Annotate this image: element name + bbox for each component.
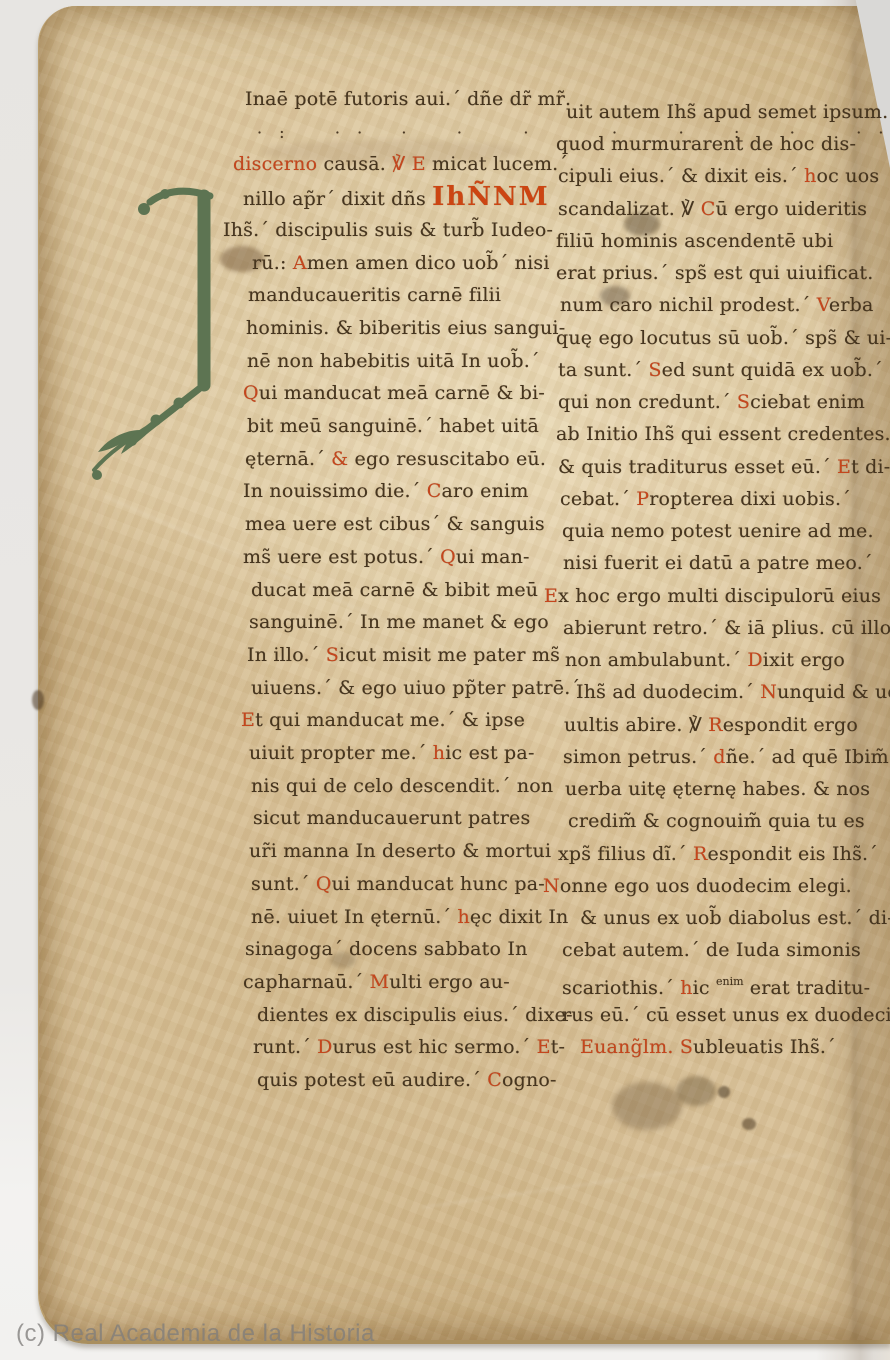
body-text: xps̃ filius dĩ.´ xyxy=(558,843,693,865)
body-text: t di- xyxy=(851,456,890,478)
body-text: erat traditu- xyxy=(744,977,871,999)
body-text: aro enim xyxy=(441,480,528,502)
rubric-text: d xyxy=(713,746,725,768)
manuscript-line: sunt.´ Qui manducat hunc pa- xyxy=(251,871,545,897)
body-text: nē. uiuet In ęternū.´ xyxy=(251,906,457,928)
body-text: In illo.´ xyxy=(247,644,326,666)
rubric-text: Q xyxy=(440,546,456,568)
rubric-text: E xyxy=(837,456,851,478)
body-text: ū ergo uideritis xyxy=(715,198,867,220)
body-text: mea uere est cibus´ & sanguis xyxy=(245,513,545,535)
body-text: ciebat enim xyxy=(750,391,865,413)
rubric-text: E xyxy=(537,1036,551,1058)
manuscript-line: nisi fuerit ei datū a patre meo.´ xyxy=(563,550,873,576)
body-text: quis potest eū audire.´ xyxy=(257,1069,487,1091)
manuscript-line: ab Initio Ihs̃ qui essent credentes.´ xyxy=(556,421,890,447)
rubric-text: C xyxy=(427,480,442,502)
body-text: & quis traditurus esset eū.´ xyxy=(558,456,837,478)
rubric-text: Q xyxy=(316,873,332,895)
body-text: cipuli eius.´ & dixit eis.´ xyxy=(558,165,804,187)
manuscript-line: uerba uitę ęternę habes. & nos xyxy=(565,776,870,802)
manuscript-line: nē non habebitis uitā In uob̃.´ xyxy=(247,348,540,374)
manuscript-line: ducat meā carnē & bibit meū xyxy=(251,577,538,603)
manuscript-line: uiuit propter me.´ hic est pa- xyxy=(249,740,535,766)
rubric-text: N xyxy=(760,681,777,703)
manuscript-line: non ambulabunt.´ Dixit ergo xyxy=(565,647,845,673)
rubric-text: R xyxy=(708,714,723,736)
manuscript-line: scandalizat. ℣ Cū ergo uideritis xyxy=(558,196,867,222)
body-text: ui manducat meā carnē & bi- xyxy=(259,382,545,404)
body-text: x hoc ergo multi discipulorū eius xyxy=(558,585,881,607)
manuscript-line: nillo ap̃r´ dixit dñs IhÑNM xyxy=(243,184,550,212)
manuscript-line: quę ego locutus sū uob̃.´ sps̃ & ui- xyxy=(556,325,890,351)
body-text: filiū hominis ascendentē ubi xyxy=(556,230,833,252)
rubric-text: Euang̃lm. xyxy=(580,1036,680,1058)
body-text: uit autem Ihs̃ apud semet ipsum. xyxy=(566,101,888,123)
manuscript-line: Qui manducat meā carnē & bi- xyxy=(243,380,545,406)
body-text: runt.´ xyxy=(253,1036,317,1058)
body-text: ogno- xyxy=(502,1069,557,1091)
manuscript-line: bit meū sanguinē.´ habet uitā xyxy=(247,413,539,439)
rubric-text: P xyxy=(636,488,649,510)
body-text: ixit ergo xyxy=(763,649,845,671)
manuscript-line: uultis abire. ℣ Respondit ergo xyxy=(564,712,858,738)
rubric-text: h xyxy=(457,906,469,928)
text-column-left: Inaē potē futoris aui.´ dñe dr̃ mr̃.· : … xyxy=(243,86,578,1106)
manuscript-line: ur̃i manna In deserto & mortui xyxy=(249,838,551,864)
body-text: sinagoga´ docens sabbato In xyxy=(245,938,528,960)
rubric-text: discerno xyxy=(233,153,323,175)
body-text: cebat autem.´ de Iuda simonis xyxy=(562,939,861,961)
manuscript-line: In nouissimo die.´ Caro enim xyxy=(243,478,529,504)
body-text: quia nemo potest uenire ad me. xyxy=(562,520,874,542)
body-text: non ambulabunt.´ xyxy=(565,649,747,671)
body-text: ed sunt quidā ex uob̃.´ xyxy=(662,359,883,381)
manuscript-line: cebat.´ Propterea dixi uobis.´ xyxy=(560,486,851,512)
copyright-watermark: (c) Real Academia de la Historia xyxy=(16,1320,375,1348)
body-text: ropterea dixi uobis.´ xyxy=(649,488,851,510)
rubric-text: C xyxy=(487,1069,502,1091)
manuscript-line: Ex hoc ergo multi discipulorū eius xyxy=(544,583,881,609)
body-text: espondit eis Ihs̃.´ xyxy=(708,843,879,865)
body-text: quę ego locutus sū uob̃.´ sps̃ & ui- xyxy=(556,327,890,349)
body-text: nis qui de celo descendit.´ non xyxy=(251,775,553,797)
rubric-text: E xyxy=(241,709,255,731)
body-text: micat lucem.´ xyxy=(426,153,568,175)
body-text: uiuit propter me.´ xyxy=(249,742,433,764)
body-text: scariothis.´ xyxy=(562,977,680,999)
manuscript-line: & quis traditurus esset eū.´ Et di- xyxy=(558,454,890,480)
body-text: ui man- xyxy=(456,546,530,568)
body-text: urus est hic sermo.´ xyxy=(333,1036,537,1058)
body-text: ui manducat hunc pa- xyxy=(332,873,545,895)
body-text: ic xyxy=(693,977,716,999)
body-text: ur̃i manna In deserto & mortui xyxy=(249,840,551,862)
manuscript-line: erat prius.´ sps̃ est qui uiuificat. xyxy=(556,260,874,286)
body-text: Ihs̃.´ discipulis suis & turb̃ Iudeo- xyxy=(223,219,553,241)
rubric-text: ℣ xyxy=(392,153,411,175)
body-text: t qui manducat me.´ & ipse xyxy=(255,709,525,731)
body-text: qui non credunt.´ xyxy=(558,391,737,413)
body-text: rū.: xyxy=(252,252,293,274)
manuscript-line: uiuens.´ & ego uiuo pp̃ter patrē.´ xyxy=(251,675,580,701)
manuscript-line: qui non credunt.´ Sciebat enim xyxy=(558,389,865,415)
body-text: nillo ap̃r´ dixit dñs xyxy=(243,188,432,210)
manuscript-line: abierunt retro.´ & iā plius. cū illo xyxy=(563,615,890,641)
body-text: oc uos xyxy=(817,165,880,187)
manuscript-line: credim̃ & cognouim̃ quia tu es xyxy=(568,808,865,834)
manuscript-line: Nonne ego uos duodecim elegi. xyxy=(543,873,852,899)
body-text: sanguinē.´ In me manet & ego xyxy=(249,611,549,633)
rubric-text: E xyxy=(412,153,426,175)
manuscript-line: mea uere est cibus´ & sanguis xyxy=(245,511,545,537)
body-text: sicut manducauerunt patres xyxy=(253,807,530,829)
manuscript-line: nis qui de celo descendit.´ non xyxy=(251,773,553,799)
body-text: ab Initio Ihs̃ qui essent credentes.´ xyxy=(556,423,890,445)
rubric-text: h xyxy=(804,165,816,187)
manuscript-line: ta sunt.´ Sed sunt quidā ex uob̃.´ xyxy=(558,357,883,383)
body-text: ęc dixit In xyxy=(470,906,569,928)
manuscript-line: discerno causā. ℣ E micat lucem.´ xyxy=(233,151,568,177)
manuscript-line: quia nemo potest uenire ad me. xyxy=(562,518,874,544)
body-text: quod murmurarent de hoc dis- xyxy=(556,133,856,155)
manuscript-line: uit autem Ihs̃ apud semet ipsum. xyxy=(566,99,888,125)
rubric-text: E xyxy=(544,585,558,607)
body-text: ta sunt.´ xyxy=(558,359,648,381)
rubric-text: S xyxy=(326,644,339,666)
body-text: men amen dico uob̃´ nisi xyxy=(307,252,550,274)
body-text: In nouissimo die.´ xyxy=(243,480,427,502)
body-text: num caro nichil prodest.´ xyxy=(560,294,817,316)
body-text: erat prius.´ sps̃ est qui uiuificat. xyxy=(556,262,874,284)
body-text: uiuens.´ & ego uiuo pp̃ter patrē.´ xyxy=(251,677,580,699)
body-text: ęternā.´ xyxy=(245,448,331,470)
rubric-text: R xyxy=(693,843,708,865)
body-text: espondit ergo xyxy=(723,714,858,736)
rubric-text: h xyxy=(433,742,445,764)
body-text: capharnaū.´ xyxy=(243,971,370,993)
body-text: abierunt retro.´ & iā plius. cū illo xyxy=(563,617,890,639)
body-text: nisi fuerit ei datū a patre meo.´ xyxy=(563,552,873,574)
initial-I-drawing xyxy=(86,180,236,492)
body-text: Inaē potē futoris aui.´ dñe dr̃ mr̃. xyxy=(245,88,571,110)
rubric-text: h xyxy=(680,977,692,999)
body-text: ms̃ uere est potus.´ xyxy=(243,546,440,568)
body-text: & unus ex uob̃ diabolus est.´ di- xyxy=(580,907,890,929)
manuscript-line: filiū hominis ascendentē ubi xyxy=(556,228,833,254)
body-text: cebat.´ xyxy=(560,488,636,510)
rubric-text: S xyxy=(648,359,661,381)
manuscript-line: Et qui manducat me.´ & ipse xyxy=(241,707,525,733)
manuscript-line: sinagoga´ docens sabbato In xyxy=(245,936,528,962)
body-text: ducat meā carnē & bibit meū xyxy=(251,579,538,601)
body-text: icut misit me pater ms̃ xyxy=(339,644,560,666)
manuscript-line: In illo.´ Sicut misit me pater ms̃ xyxy=(247,642,560,668)
manuscript-photo: Inaē potē futoris aui.´ dñe dr̃ mr̃.· : … xyxy=(0,0,890,1360)
body-text: onne ego uos duodecim elegi. xyxy=(560,875,852,897)
rubric-text: A xyxy=(293,252,307,274)
rubric-text: & xyxy=(331,448,348,470)
body-text: ic est pa- xyxy=(445,742,534,764)
rubric-text: D xyxy=(317,1036,332,1058)
rubric-text: S xyxy=(680,1036,693,1058)
body-text: nē non habebitis uitā In uob̃.´ xyxy=(247,350,540,372)
manuscript-line: simon petrus.´ dñe.´ ad quē Ibim̃.´ xyxy=(563,744,890,770)
body-text: ego resuscitabo eū. xyxy=(348,448,546,470)
rubric-text: Q xyxy=(243,382,259,404)
manuscript-line: & unus ex uob̃ diabolus est.´ di- xyxy=(580,905,890,931)
body-text: credim̃ & cognouim̃ quia tu es xyxy=(568,810,865,832)
rubric-text: N xyxy=(543,875,560,897)
body-text: scandalizat. ℣ xyxy=(558,198,701,220)
body-text: ñe.´ ad quē Ibim̃.´ xyxy=(726,746,890,768)
body-text: erba xyxy=(829,294,874,316)
body-text: unquid & uos xyxy=(777,681,890,703)
body-text: enim xyxy=(716,975,744,988)
text-column-right: uit autem Ihs̃ apud semet ipsum.quod mur… xyxy=(556,99,886,1079)
manuscript-line: cipuli eius.´ & dixit eis.´ hoc uos xyxy=(558,163,879,189)
body-text: dientes ex discipulis eius.´ dixe- xyxy=(257,1004,573,1026)
manuscript-line: Ihs̃ ad duodecim.´ Nunquid & uos xyxy=(576,679,890,705)
manuscript-line: num caro nichil prodest.´ Verba xyxy=(560,292,874,318)
manuscript-line: Ihs̃.´ discipulis suis & turb̃ Iudeo- xyxy=(223,217,553,243)
body-text: uultis abire. ℣ xyxy=(564,714,708,736)
manuscript-line: nē. uiuet In ęternū.´ hęc dixit In xyxy=(251,904,569,930)
body-text: rus eū.´ cū esset unus ex duodecim.´ xyxy=(562,1004,890,1026)
manuscript-line: sicut manducauerunt patres xyxy=(253,805,530,831)
manuscript-line: hominis. & biberitis eius sangui- xyxy=(246,315,565,341)
manuscript-line: Inaē potē futoris aui.´ dñe dr̃ mr̃. xyxy=(245,86,571,112)
rubric-text: S xyxy=(737,391,750,413)
rubric-text: M xyxy=(370,971,390,993)
body-text: Ihs̃ ad duodecim.´ xyxy=(576,681,760,703)
manuscript-line: scariothis.´ hic enim erat traditu- xyxy=(562,969,870,1001)
manuscript-line: runt.´ Durus est hic sermo.´ Et- xyxy=(253,1034,565,1060)
manuscript-line: rū.: Amen amen dico uob̃´ nisi xyxy=(252,250,550,276)
body-text: simon petrus.´ xyxy=(563,746,713,768)
manuscript-line: manducaueritis carnē filii xyxy=(248,282,501,308)
rubric-text: IhÑNM xyxy=(432,182,549,212)
body-text: sunt.´ xyxy=(251,873,316,895)
manuscript-line: dientes ex discipulis eius.´ dixe- xyxy=(257,1002,573,1028)
illuminated-initial-I xyxy=(86,180,236,492)
body-text: hominis. & biberitis eius sangui- xyxy=(246,317,565,339)
manuscript-line: sanguinē.´ In me manet & ego xyxy=(249,609,549,635)
manuscript-line: quis potest eū audire.´ Cogno- xyxy=(257,1067,557,1093)
manuscript-line: cebat autem.´ de Iuda simonis xyxy=(562,937,861,963)
body-text: ubleuatis Ihs̃.´ xyxy=(693,1036,836,1058)
body-text: causā. xyxy=(323,153,392,175)
body-text: ulti ergo au- xyxy=(389,971,510,993)
rubric-text: C xyxy=(701,198,716,220)
manuscript-line: ęternā.´ & ego resuscitabo eū. xyxy=(245,446,546,472)
manuscript-line: Euang̃lm. Subleuatis Ihs̃.´ xyxy=(580,1034,836,1060)
body-text: uerba uitę ęternę habes. & nos xyxy=(565,778,870,800)
rubric-text: V xyxy=(817,294,829,316)
manuscript-line: ms̃ uere est potus.´ Qui man- xyxy=(243,544,530,570)
body-text: manducaueritis carnē filii xyxy=(248,284,501,306)
body-text: bit meū sanguinē.´ habet uitā xyxy=(247,415,539,437)
manuscript-line: capharnaū.´ Multi ergo au- xyxy=(243,969,510,995)
manuscript-line: xps̃ filius dĩ.´ Respondit eis Ihs̃.´ xyxy=(558,841,878,867)
manuscript-line: rus eū.´ cū esset unus ex duodecim.´ xyxy=(562,1002,890,1028)
rubric-text: D xyxy=(747,649,762,671)
manuscript-line: quod murmurarent de hoc dis- xyxy=(556,131,856,157)
